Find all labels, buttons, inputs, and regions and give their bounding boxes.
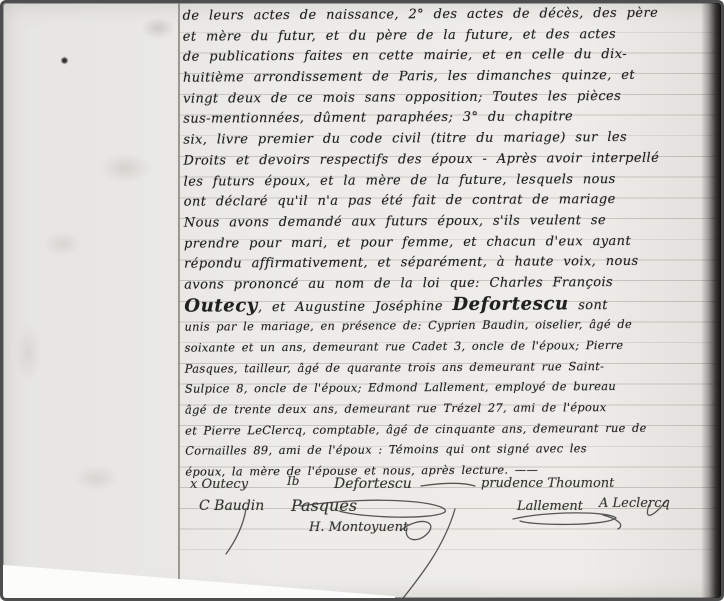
ink-dot [60,56,69,65]
book-spine-shadow [701,3,721,598]
signature-witness-pasques: Pasques [291,496,357,515]
text-line: époux, la mère de l'épouse et nous, aprè… [185,458,719,482]
paper-smudge [43,231,83,257]
text-line: Droits et devoirs respectifs des époux -… [183,148,717,172]
paper-smudge [15,323,41,383]
names-line-tail: sont [569,298,608,313]
signature-witness-lallement: Lallement [517,499,583,514]
groom-surname: Outecy [184,295,258,316]
names-line-middle: , et Augustine Joséphine [258,299,453,315]
signature-witness-baudin: C Baudin [199,498,264,514]
signature-bride: Defortescu [334,476,412,492]
signature-groom: x Outecy [190,477,248,492]
text-line: répondu affirmativement, et séparément, … [184,252,718,276]
text-line: et Pierre LeClercq, comptable, âgé de ci… [185,417,719,441]
signature-bride-mother: prudence Thoumont [481,476,614,491]
signature-officiant: H. Montoyuent [309,520,408,535]
text-line: de leurs actes de naissance, 2° des acte… [183,3,717,27]
margin-rule-line [178,3,180,598]
scanned-marriage-record: de leurs actes de naissance, 2° des acte… [0,0,724,601]
signature-witness-leclercq: A Leclercq [599,496,670,511]
handwritten-text: de leurs actes de naissance, 2° des acte… [183,3,720,482]
paper-smudge [73,465,119,491]
paper-smudge [99,153,151,183]
signature-paraph: Ib [287,474,299,488]
paper-smudge [141,17,175,39]
bride-surname: Defortescu [452,293,568,315]
